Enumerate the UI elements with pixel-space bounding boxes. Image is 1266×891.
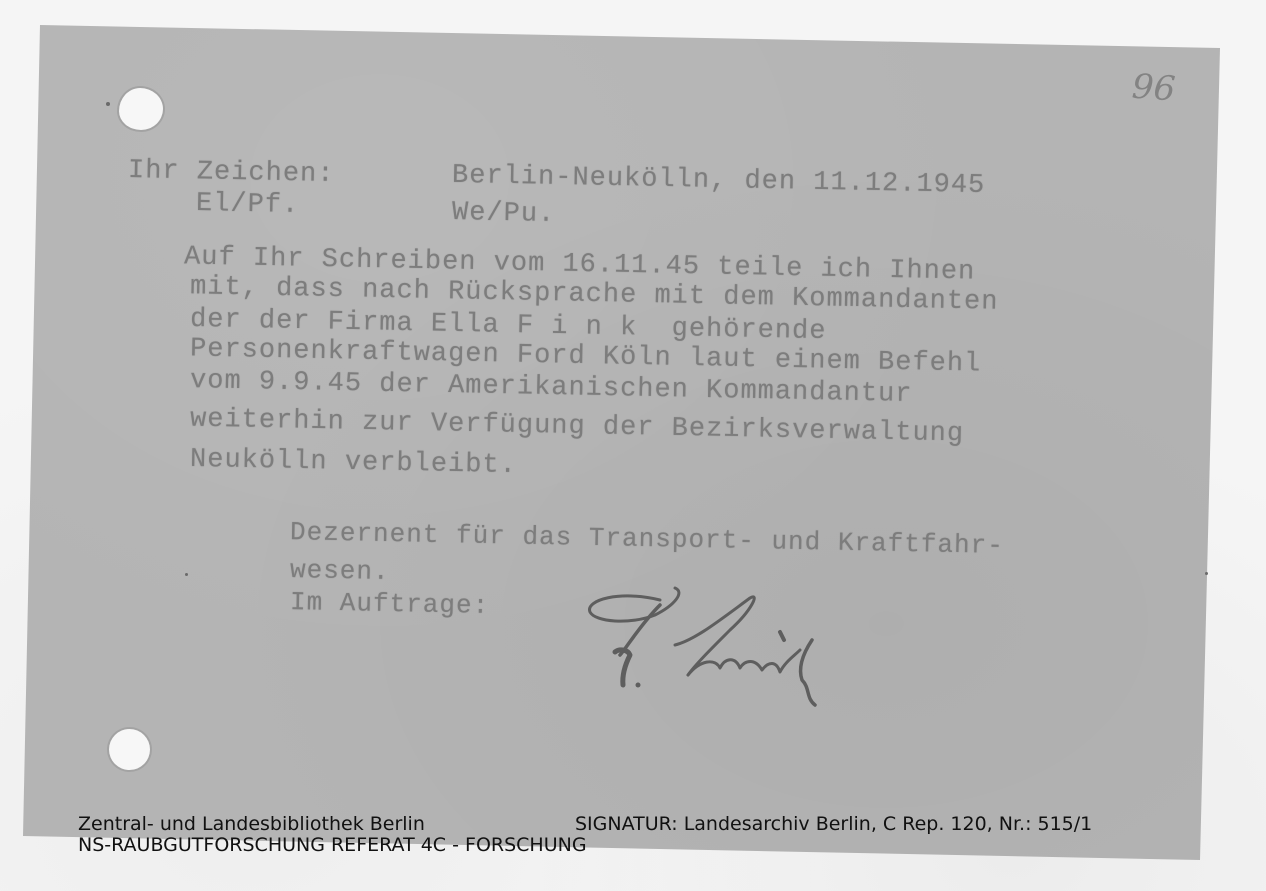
page-number: 96 xyxy=(1131,67,1177,110)
ink-speck xyxy=(185,573,188,576)
footer-signatur: SIGNATUR: Landesarchiv Berlin, C Rep. 12… xyxy=(575,814,1092,834)
reference-code-left: El/Pf. xyxy=(196,189,300,221)
reference-label: Ihr Zeichen: xyxy=(128,156,335,190)
on-behalf-label: Im Auftrage: xyxy=(290,587,490,621)
punch-hole-top xyxy=(119,88,163,130)
department-title-continued: wesen. xyxy=(290,555,390,587)
signature-icon xyxy=(580,580,860,720)
footer-department: NS-RAUBGUTFORSCHUNG REFERAT 4C - FORSCHU… xyxy=(78,835,587,855)
footer-institution: Zentral- und Landesbibliothek Berlin xyxy=(78,814,425,834)
ink-speck xyxy=(106,102,110,106)
ink-speck xyxy=(1205,572,1208,575)
punch-hole-bottom xyxy=(109,729,150,770)
reference-code-right: We/Pu. xyxy=(452,198,556,230)
body-line: Neukölln verbleibt. xyxy=(190,445,517,481)
